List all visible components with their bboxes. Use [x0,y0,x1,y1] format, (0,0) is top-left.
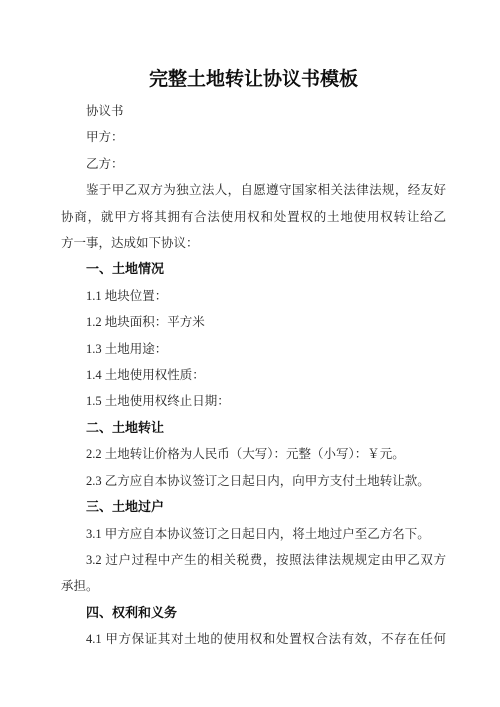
text-line: 1.2 地块面积：平方米 [61,309,446,335]
text-line: 方一事，达成如下协议： [61,230,446,256]
text-line: 3.2 过户过程中产生的相关税费，按照法律法规规定由甲乙双方 [61,547,446,573]
document-title: 完整土地转让协议书模板 [61,62,446,98]
text-line: 1.4 土地使用权性质： [61,362,446,388]
text-line: 2.2 土地转让价格为人民币（大写）：元整（小写）：￥元。 [61,441,446,467]
document-body: 协议书甲方：乙方：鉴于甲乙双方为独立法人，自愿遵守国家相关法律法规，经友好协商，… [61,98,446,653]
text-line: 协议书 [61,98,446,124]
section-heading: 三、土地过户 [61,494,446,520]
text-line: 承担。 [61,573,446,599]
text-line: 鉴于甲乙双方为独立法人，自愿遵守国家相关法律法规，经友好 [61,177,446,203]
text-line: 4.1 甲方保证其对土地的使用权和处置权合法有效，不存在任何 [61,626,446,652]
section-heading: 一、土地情况 [61,256,446,282]
text-line: 2.3 乙方应自本协议签订之日起日内，向甲方支付土地转让款。 [61,468,446,494]
section-heading: 二、土地转让 [61,415,446,441]
text-line: 1.1 地块位置： [61,283,446,309]
text-line: 3.1 甲方应自本协议签订之日起日内，将土地过户至乙方名下。 [61,521,446,547]
text-line: 1.3 土地用途： [61,336,446,362]
section-heading: 四、权利和义务 [61,600,446,626]
document-page: 完整土地转让协议书模板 协议书甲方：乙方：鉴于甲乙双方为独立法人，自愿遵守国家相… [0,0,500,707]
document-content: 完整土地转让协议书模板 协议书甲方：乙方：鉴于甲乙双方为独立法人，自愿遵守国家相… [0,0,500,653]
text-line: 1.5 土地使用权终止日期： [61,388,446,414]
text-line: 协商，就甲方将其拥有合法使用权和处置权的土地使用权转让给乙 [61,204,446,230]
text-line: 甲方： [61,124,446,150]
text-line: 乙方： [61,151,446,177]
